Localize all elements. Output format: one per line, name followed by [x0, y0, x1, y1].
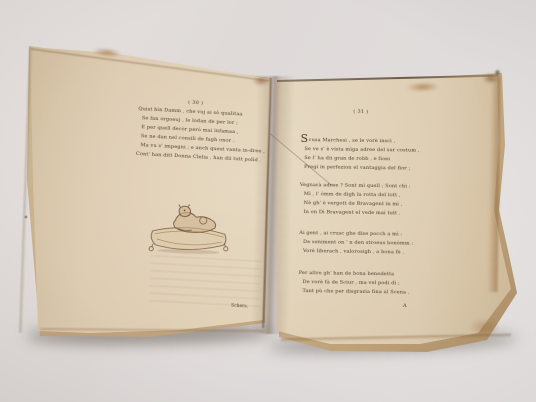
- left-page-text: ( 30 ) Quist hin Damm , che vuj ai sò qu…: [136, 96, 272, 166]
- verse-line: Pregi in perfezion el vantaggia del fior…: [304, 163, 465, 174]
- verse-line-text: cusa Marchesi , se le vorè inscì ,: [309, 137, 396, 144]
- right-page-number: ( 31 ): [301, 107, 421, 118]
- dog-on-cushion-engraving: [144, 197, 234, 256]
- stain: [252, 76, 270, 86]
- verse-line: Vorè liberach , valorosigh , a bona fè .: [303, 247, 464, 258]
- stain: [494, 69, 501, 76]
- stanza: Scusa Marchesi , se le vorè inscì , Se v…: [300, 135, 466, 174]
- stanza: Vegnarà adree ? Sont mì quell ; Sont chì…: [299, 181, 464, 219]
- stain: [468, 318, 500, 336]
- drop-cap: S: [300, 132, 308, 145]
- showthrough-text: [149, 255, 261, 311]
- verse-line: In on Dì Bravagent el vede mai tutt .: [303, 208, 464, 219]
- right-page-text: ( 31 ) Scusa Marchesi , se le vorè inscì…: [298, 107, 466, 298]
- stanza: Ai gent , ai crusc ghe dise pocch a mì :…: [299, 229, 464, 258]
- book-photograph: ( 30 ) Quist hin Damm , che vuj ai sò qu…: [0, 0, 536, 402]
- catchword: Schers.: [231, 304, 248, 310]
- signature-mark: A: [403, 303, 407, 309]
- stanza: Per altre gh' han de bona benedetta De v…: [298, 269, 463, 298]
- foxing-spot: [24, 215, 28, 219]
